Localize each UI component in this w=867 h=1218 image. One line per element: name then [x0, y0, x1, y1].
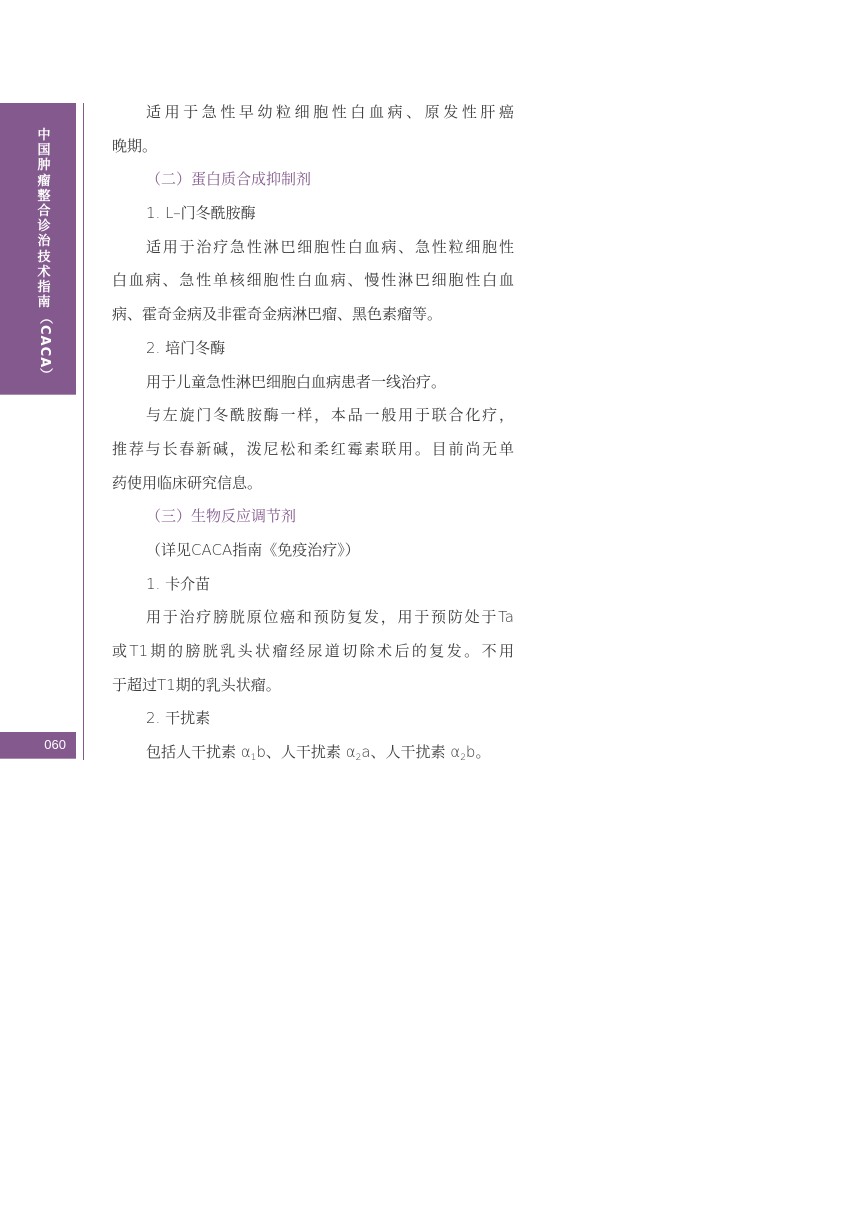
book-title-char: 指 — [37, 280, 50, 295]
text-run: a、人干扰素 α — [361, 743, 460, 761]
paragraph-line: 2. 培门冬酶 — [112, 332, 514, 366]
paragraph-line: 药使用临床研究信息。 — [112, 467, 514, 501]
paragraph-line: 用于治疗膀胱原位癌和预防复发，用于预防处于Ta — [112, 601, 514, 635]
book-title-char: 国 — [37, 143, 50, 158]
paragraph-line: 与左旋门冬酰胺酶一样，本品一般用于联合化疗， — [112, 399, 514, 433]
book-title-char: 瘤 — [37, 174, 50, 189]
paragraph-line: 包括人干扰素 α1b、人干扰素 α2a、人干扰素 α2b。 — [112, 736, 514, 770]
page-number-box: 060 — [0, 732, 76, 759]
paragraph-line: 于超过T1期的乳头状瘤。 — [112, 669, 514, 703]
paragraph-line: 1. 卡介苗 — [112, 568, 514, 602]
paragraph-line: 病、霍奇金病及非霍奇金病淋巴瘤、黑色素瘤等。 — [112, 298, 514, 332]
book-title-char: 合 — [37, 204, 50, 219]
paragraph-line: 晚期。 — [112, 130, 514, 164]
paragraph-line: 白血病、急性单核细胞性白血病、慢性淋巴细胞性白血 — [112, 264, 514, 298]
book-title-char: 技 — [37, 250, 50, 265]
book-title-char: 南 — [37, 295, 50, 310]
book-title-char: 治 — [37, 234, 50, 249]
paragraph-line: 1. L–门冬酰胺酶 — [112, 197, 514, 231]
paragraph-line: 推荐与长春新碱，泼尼松和柔红霉素联用。目前尚无单 — [112, 433, 514, 467]
paragraph-line: 用于儿童急性淋巴细胞白血病患者一线治疗。 — [112, 366, 514, 400]
paragraph-line: 2. 干扰素 — [112, 702, 514, 736]
section-heading: （二）蛋白质合成抑制剂 — [112, 163, 514, 197]
text-run: b。 — [466, 743, 491, 761]
book-title-vertical: 中 国 肿 瘤 整 合 诊 治 技 术 指 南 （CACA） — [36, 128, 52, 383]
book-title-char: 整 — [37, 189, 50, 204]
paragraph-line: 适用于治疗急性淋巴细胞性白血病、急性粒细胞性 — [112, 231, 514, 265]
body-text: 适用于急性早幼粒细胞性白血病、原发性肝癌晚期。（二）蛋白质合成抑制剂1. L–门… — [112, 96, 514, 770]
book-title-char: 诊 — [37, 219, 50, 234]
margin-rule — [83, 103, 84, 760]
book-title-char: 术 — [37, 265, 50, 280]
paragraph-line: 适用于急性早幼粒细胞性白血病、原发性肝癌 — [112, 96, 514, 130]
book-title-abbrev: （CACA） — [36, 311, 52, 382]
paragraph-line: 或T1期的膀胱乳头状瘤经尿道切除术后的复发。不用 — [112, 635, 514, 669]
text-run: b、人干扰素 α — [256, 743, 355, 761]
paragraph-line: （详见CACA指南《免疫治疗》） — [112, 534, 514, 568]
text-run: 包括人干扰素 α — [146, 743, 251, 761]
page-number: 060 — [44, 737, 66, 753]
section-heading: （三）生物反应调节剂 — [112, 500, 514, 534]
book-title-char: 肿 — [37, 158, 50, 173]
book-title-char: 中 — [37, 128, 50, 143]
